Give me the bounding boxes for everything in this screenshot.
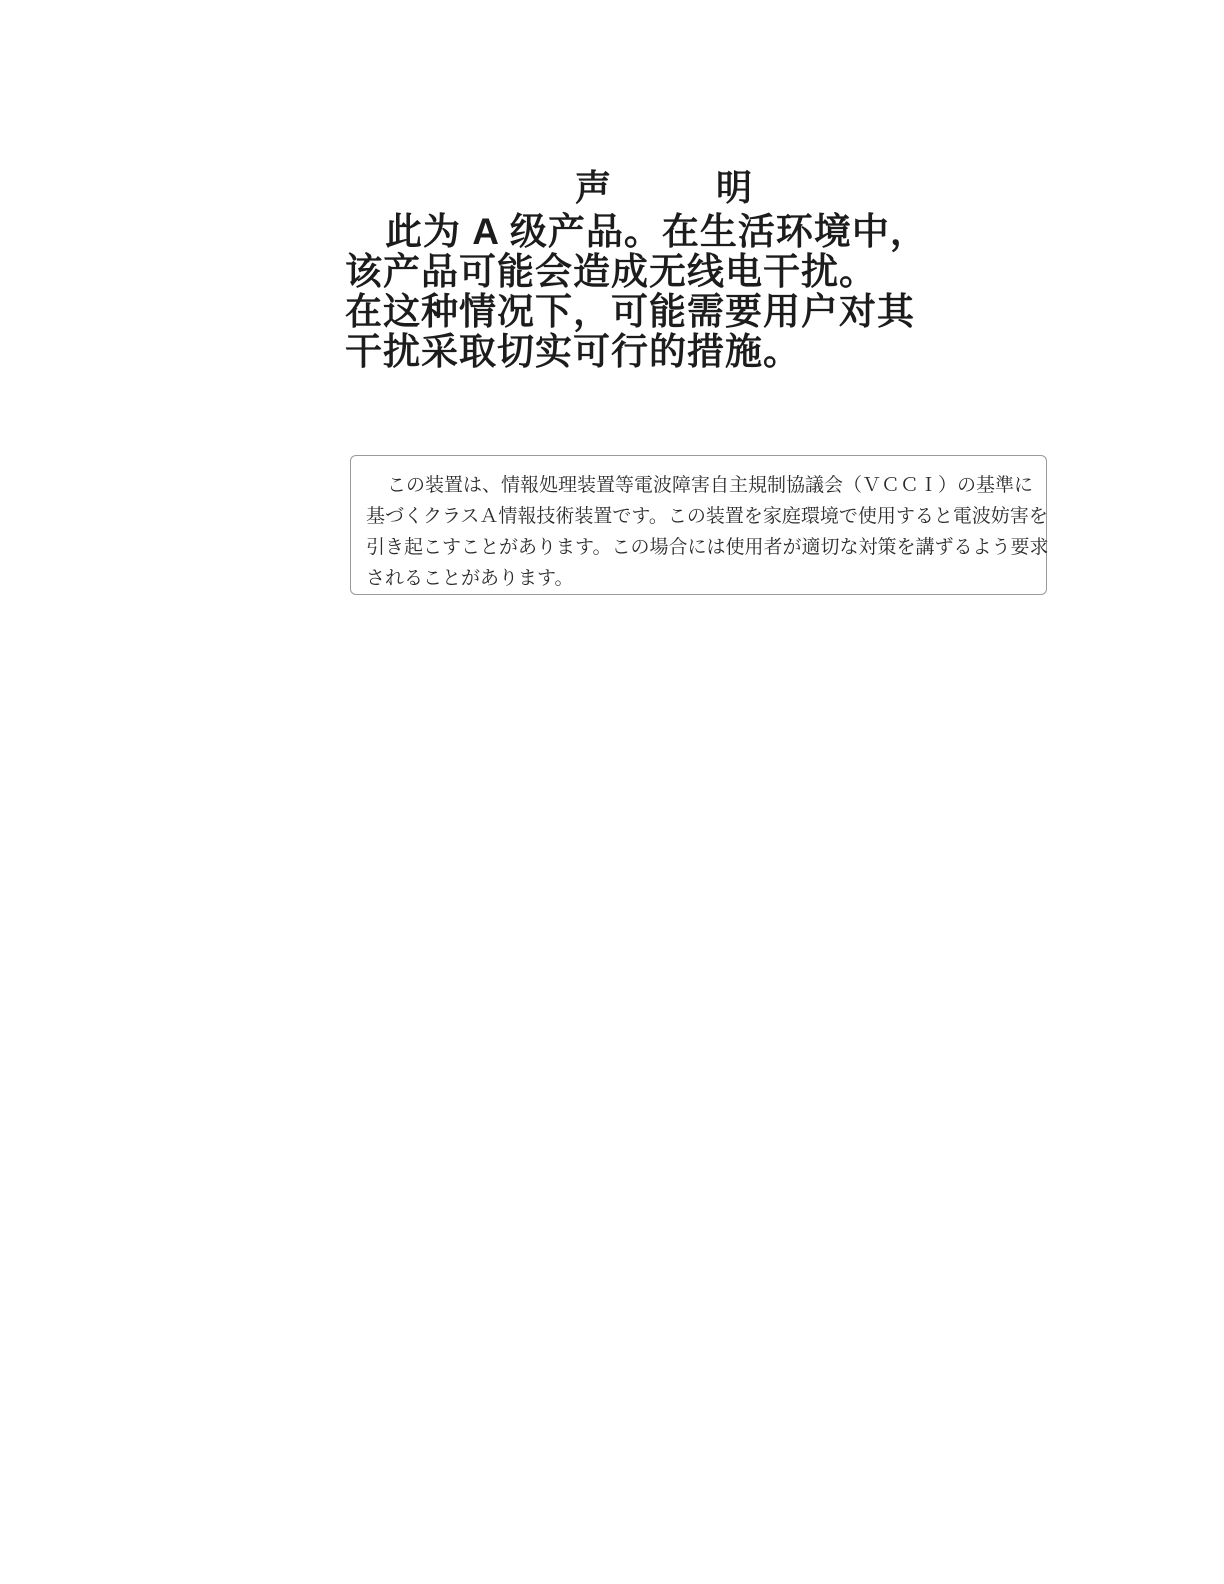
vcci-notice-box: この装置は、情報処理装置等電波障害自主規制協議会（ＶＣＣＩ）の基準に 基づくクラ… [350,455,1047,595]
vcci-notice-line: されることがあります。 [366,563,1030,594]
document-page: 声 明 此为 A 级产品。在生活环境中， 该产品可能会造成无线电干扰。 在这种情… [0,0,1224,1584]
statement-title: 声 明 [575,168,752,208]
statement-line: 该产品可能会造成无线电干扰。 [345,252,945,292]
statement-line: 在这种情况下，可能需要用户对其 [345,292,945,332]
vcci-notice-line: この装置は、情報処理装置等電波障害自主規制協議会（ＶＣＣＩ）の基準に [366,470,1030,501]
class-a-statement-paragraph: 此为 A 级产品。在生活环境中， 该产品可能会造成无线电干扰。 在这种情况下，可… [345,212,945,372]
vcci-notice-line: 引き起こすことがあります。この場合には使用者が適切な対策を講ずるよう要求 [366,532,1030,563]
statement-line: 此为 A 级产品。在生活环境中， [345,212,945,252]
statement-title-char-left: 声 [575,168,611,208]
statement-title-char-right: 明 [716,168,752,208]
vcci-notice-line: 基づくクラスＡ情報技術装置です。この装置を家庭環境で使用すると電波妨害を [366,501,1030,532]
statement-line: 干扰采取切实可行的措施。 [345,332,945,372]
